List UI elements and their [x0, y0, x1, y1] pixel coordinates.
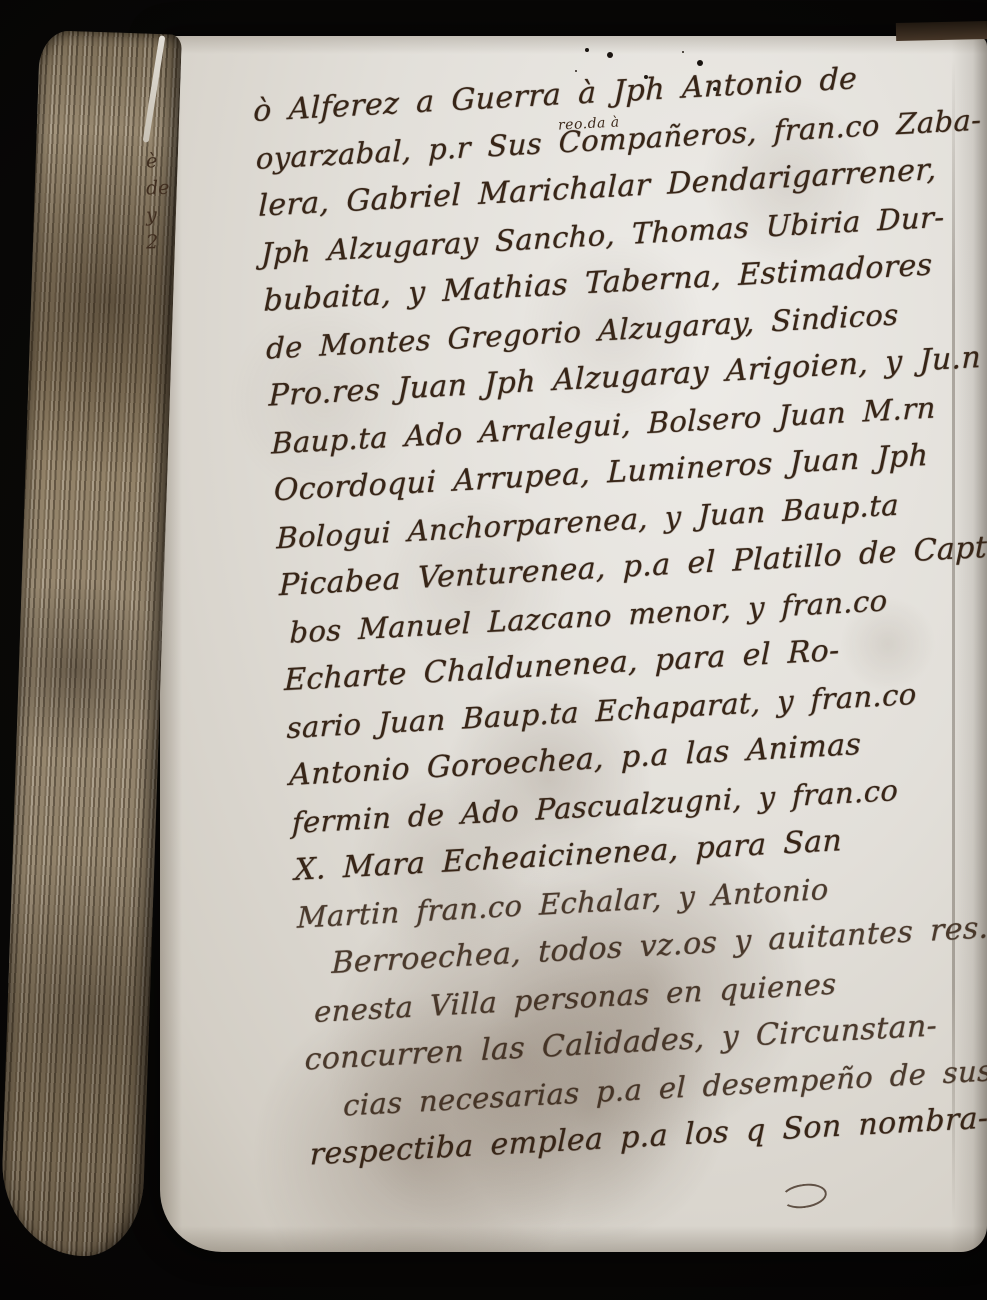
ink-spots: [585, 48, 589, 52]
handwritten-text-block: ò Alferez a Guerra à Jph Antonio de oyar…: [252, 50, 987, 1179]
margin-note: de: [146, 174, 177, 202]
margin-note: è: [146, 147, 177, 175]
manuscript-scan: ò Alferez a Guerra à Jph Antonio de oyar…: [0, 0, 987, 1300]
page-gutter-crease: [952, 60, 955, 1220]
margin-notes-column: è de y 2: [146, 148, 176, 256]
binding-edge-top-right: [896, 21, 987, 41]
margin-note: 2: [146, 228, 177, 256]
margin-note: y: [146, 201, 177, 229]
interlinear-note: reo.da à: [558, 114, 620, 133]
